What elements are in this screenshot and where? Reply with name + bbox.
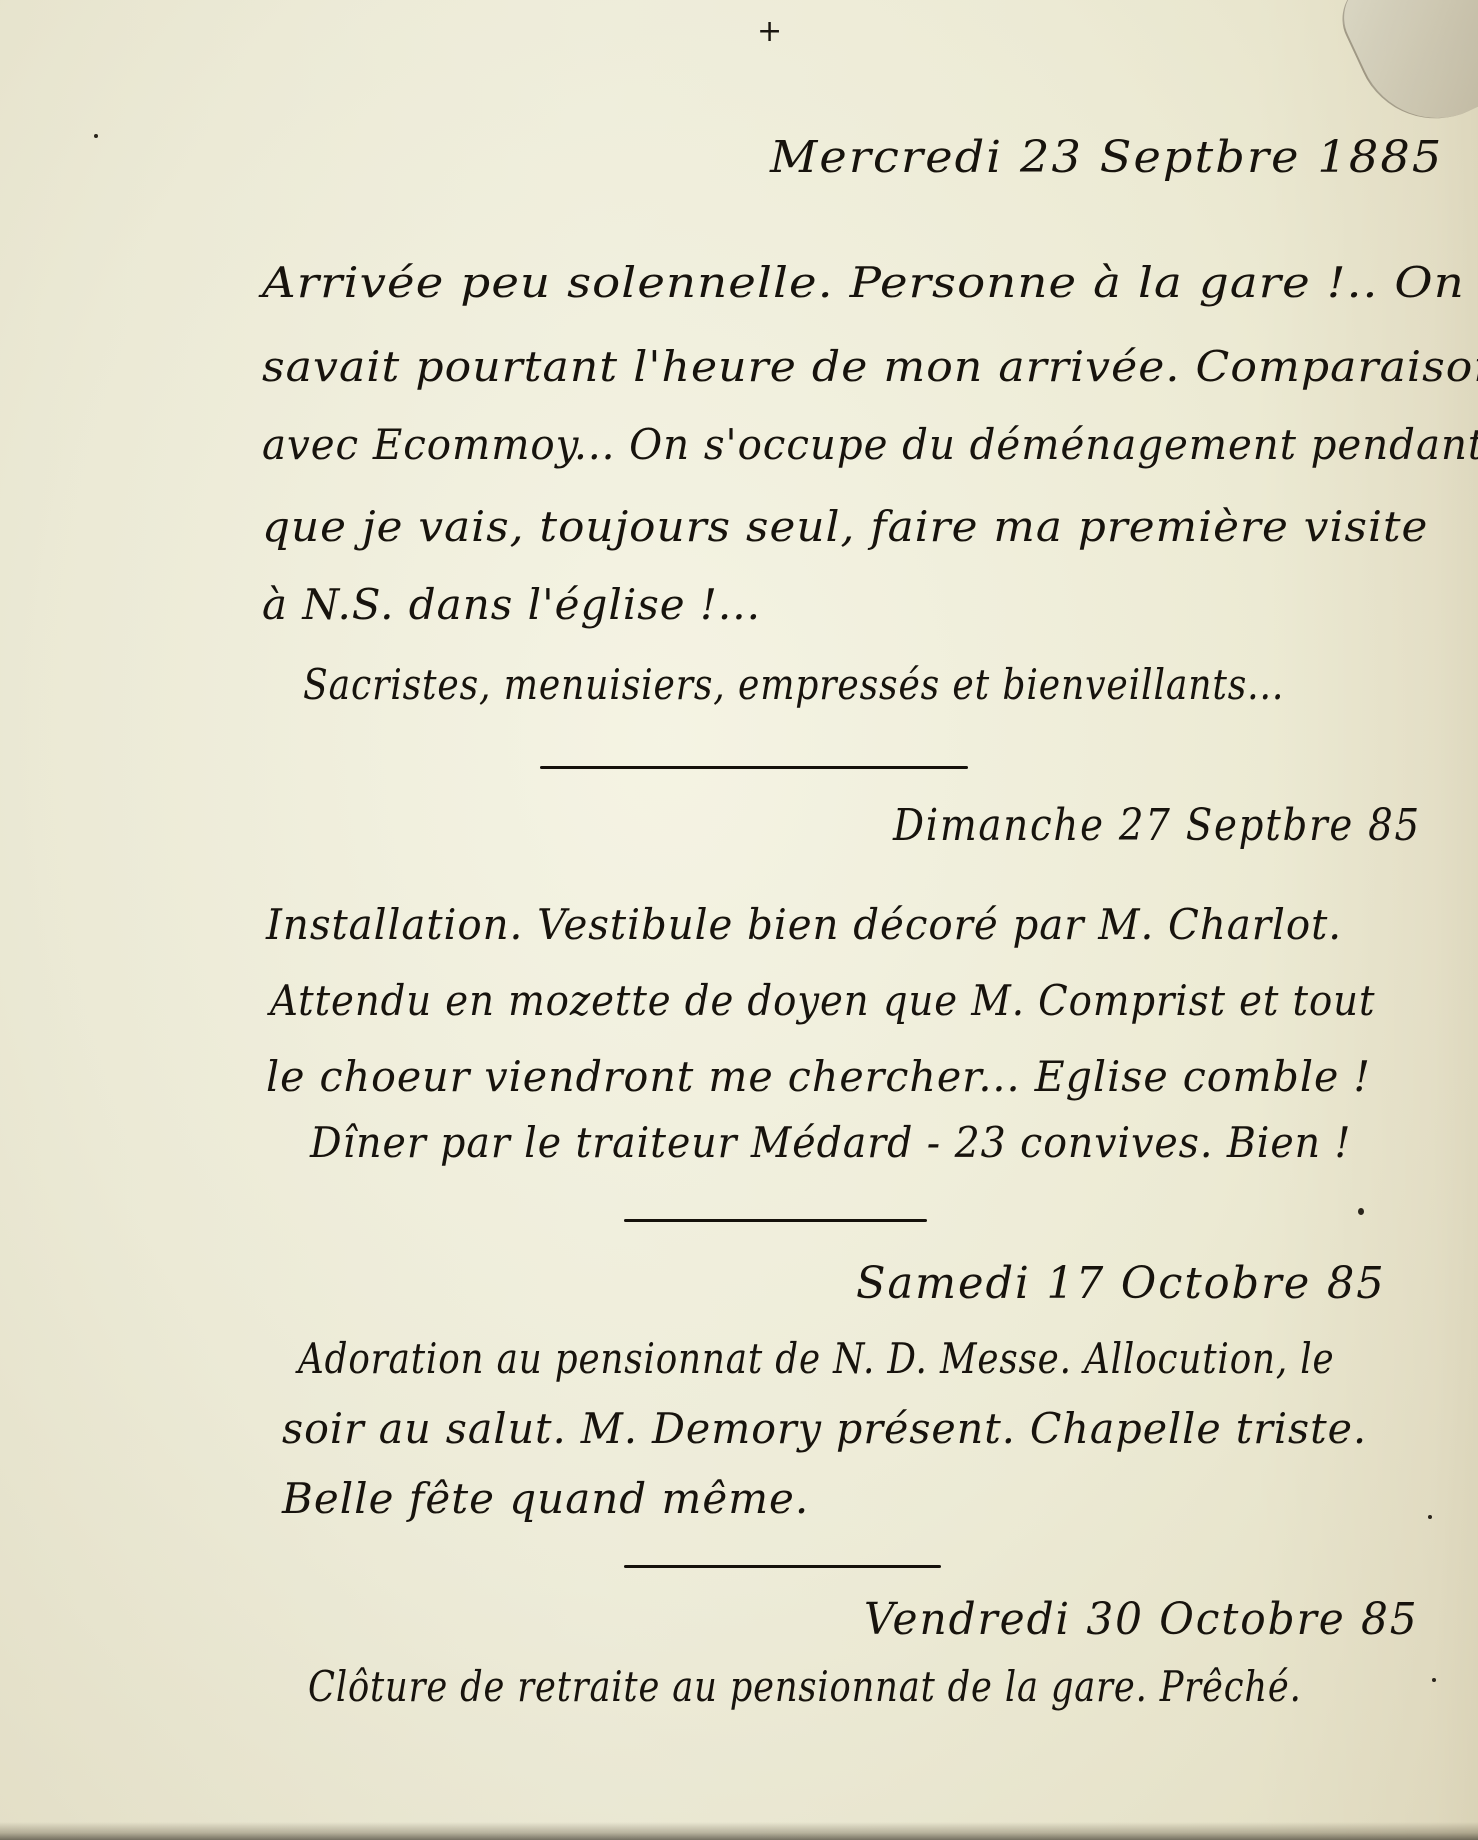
ink-speck xyxy=(94,134,98,138)
entry-divider-1 xyxy=(540,766,968,769)
entry-1-line-6: Sacristes, menuisiers, empressés et bien… xyxy=(303,660,1284,709)
entry-2-line-1: Installation. Vestibule bien décoré par … xyxy=(266,900,1342,949)
entry-1-line-4: que je vais, toujours seul, faire ma pre… xyxy=(262,502,1428,551)
entry-1-line-3: avec Ecommoy... On s'occupe du déménagem… xyxy=(262,420,1478,469)
entry-2-line-4: Dîner par le traiteur Médard - 23 conviv… xyxy=(310,1118,1351,1167)
entry-1-line-5: à N.S. dans l'église !... xyxy=(262,580,761,629)
diary-page: + Mercredi 23 Septbre 1885 Arrivée peu s… xyxy=(0,0,1478,1840)
cross-mark: + xyxy=(757,14,782,49)
entry-4-date: Vendredi 30 Octobre 85 xyxy=(864,1594,1419,1645)
entry-3-date: Samedi 17 Octobre 85 xyxy=(856,1258,1386,1309)
entry-3-line-2: soir au salut. M. Demory présent. Chapel… xyxy=(282,1404,1367,1453)
entry-3-line-3: Belle fête quand même. xyxy=(282,1474,809,1523)
entry-2-line-2: Attendu en mozette de doyen que M. Compr… xyxy=(270,976,1375,1025)
page-corner-fold xyxy=(1329,0,1478,145)
ink-speck xyxy=(1358,1208,1364,1215)
entry-divider-3 xyxy=(624,1565,941,1568)
entry-2-line-3: le choeur viendront me chercher... Eglis… xyxy=(266,1052,1371,1101)
entry-divider-2 xyxy=(624,1219,927,1222)
entry-1-date: Mercredi 23 Septbre 1885 xyxy=(770,132,1443,183)
entry-2-date: Dimanche 27 Septbre 85 xyxy=(893,800,1421,851)
entry-3-line-1: Adoration au pensionnat de N. D. Messe. … xyxy=(298,1334,1335,1383)
ink-speck xyxy=(1428,1515,1432,1519)
entry-1-line-2: savait pourtant l'heure de mon arrivée. … xyxy=(262,342,1478,391)
entry-4-line-1: Clôture de retraite au pensionnat de la … xyxy=(308,1662,1302,1711)
ink-speck xyxy=(1432,1678,1436,1682)
entry-1-line-1: Arrivée peu solennelle. Personne à la ga… xyxy=(262,258,1465,307)
